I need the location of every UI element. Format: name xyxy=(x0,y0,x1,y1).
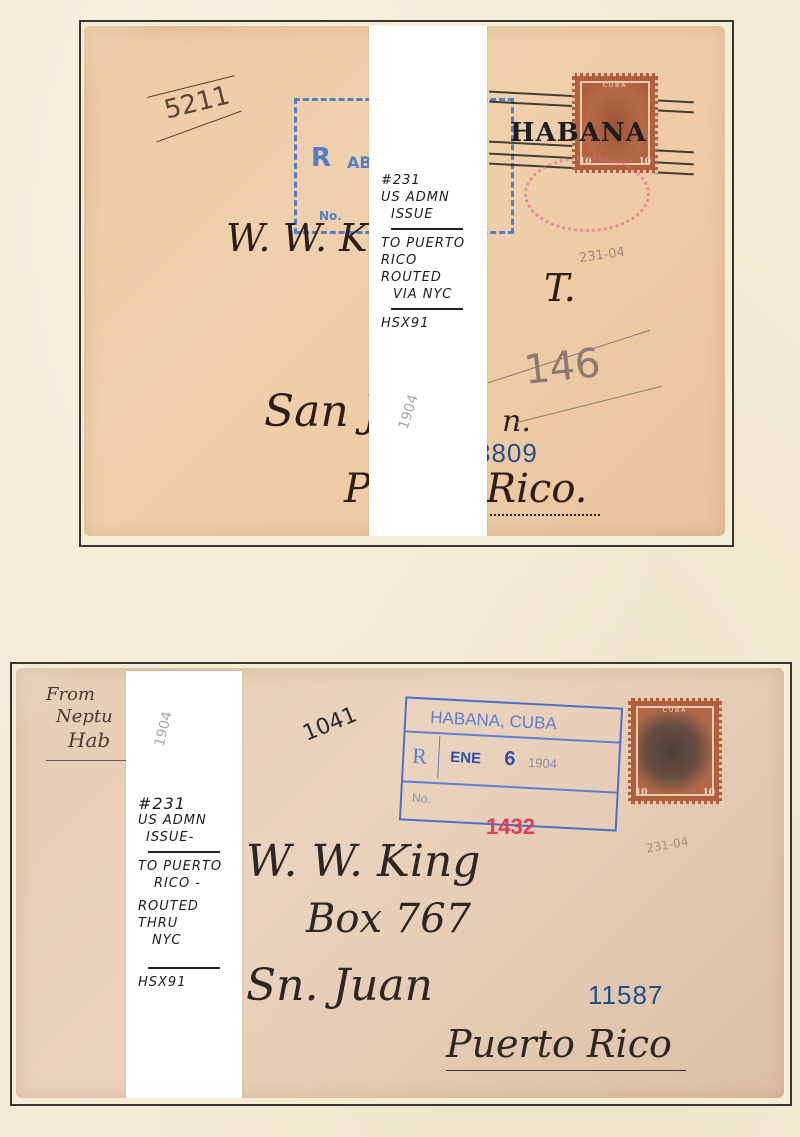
stamp-frame xyxy=(636,706,714,796)
sender-line: From xyxy=(46,684,95,705)
sender-underline xyxy=(46,760,130,761)
note-reference: HSX91 xyxy=(138,974,236,991)
pencil-year: 1904 xyxy=(396,393,422,432)
envelope-bottom[interactable]: From Neptu Hab 1041 HABANA, CUBA R ENE 6… xyxy=(16,668,784,1098)
address-line-box: T. xyxy=(544,266,576,310)
stamp-denomination-right: 10 xyxy=(702,788,715,798)
stamp-denomination-left: 10 xyxy=(635,788,648,798)
postage-stamp[interactable]: CUBA 10 10 xyxy=(628,698,722,804)
blue-control-number: 11587 xyxy=(588,980,663,1011)
stamp-rule xyxy=(403,780,617,793)
postmark-text: HABANA xyxy=(510,118,647,148)
catalog-note: #231 US ADMN ISSUE TO PUERTO RICO ROUTED… xyxy=(381,172,481,332)
envelope-top[interactable]: 5211 R AB No. CUBA 10 10 HABANA 231-04 W… xyxy=(84,26,725,536)
sender-line: Hab xyxy=(68,728,110,752)
note-line: ROUTED xyxy=(381,269,481,286)
stamp-denomination-right: 10 xyxy=(638,157,651,167)
pencil-catalog-mark: 231-04 xyxy=(645,834,689,855)
note-line: RICO - xyxy=(138,875,236,892)
note-line: US ADMN xyxy=(138,812,236,829)
registration-partial-text: AB xyxy=(347,153,372,172)
pencil-year: 1904 xyxy=(152,710,176,748)
registration-letter: R xyxy=(412,743,428,770)
registration-stamp: HABANA, CUBA R ENE 6 1904 No. xyxy=(399,696,623,831)
stamp-country: CUBA xyxy=(575,82,655,89)
note-line: ISSUE- xyxy=(138,829,236,846)
catalog-note-strip: #231 US ADMN ISSUE- TO PUERTO RICO - ROU… xyxy=(126,671,242,1098)
cover-mount-bottom: From Neptu Hab 1041 HABANA, CUBA R ENE 6… xyxy=(10,662,792,1106)
note-divider xyxy=(391,308,463,310)
address-line-name: W. W. K xyxy=(226,216,368,260)
registration-year: 1904 xyxy=(528,755,558,771)
address-line-box: Box 767 xyxy=(306,896,471,942)
note-divider xyxy=(148,967,220,969)
address-line-country-start: P xyxy=(344,466,371,512)
registration-number: 1432 xyxy=(486,814,535,840)
note-line: RICO xyxy=(381,252,481,269)
note-line: ROUTED xyxy=(138,898,236,915)
stamp-country: CUBA xyxy=(631,707,719,714)
note-line: ISSUE xyxy=(381,206,481,223)
catalog-note: #231 US ADMN ISSUE- TO PUERTO RICO - ROU… xyxy=(138,795,236,991)
address-underline xyxy=(446,1070,686,1071)
note-line: THRU xyxy=(138,915,236,932)
registration-city: HABANA, CUBA xyxy=(430,708,557,735)
registration-month: ENE xyxy=(450,749,482,768)
stamp-rule xyxy=(437,736,440,778)
stamp-rule xyxy=(406,730,620,743)
envelope-corner xyxy=(84,26,144,86)
catalog-note-strip: #231 US ADMN ISSUE TO PUERTO RICO ROUTED… xyxy=(369,26,487,536)
address-line-city: San J xyxy=(264,386,380,437)
address-line-country: Puerto Rico xyxy=(446,1022,672,1066)
pencil-catalog-mark: 231-04 xyxy=(578,245,626,266)
registration-number-label: No. xyxy=(412,791,431,806)
note-reference: HSX91 xyxy=(381,315,481,332)
address-line-country: Rico. xyxy=(486,466,587,512)
address-underline xyxy=(490,514,600,516)
cover-mount-top: 5211 R AB No. CUBA 10 10 HABANA 231-04 W… xyxy=(79,20,734,547)
registration-day: 6 xyxy=(504,748,516,772)
catalog-number: #231 xyxy=(381,172,481,189)
catalog-number: #231 xyxy=(138,795,236,812)
pencil-number: 1041 xyxy=(299,702,360,746)
note-line: NYC xyxy=(138,932,236,949)
pink-cancel-mark xyxy=(524,156,650,232)
note-line: US ADMN xyxy=(381,189,481,206)
address-line-name: W. W. King xyxy=(246,836,480,887)
inventory-number: 5211 xyxy=(161,80,232,125)
note-line: TO PUERTO xyxy=(138,858,236,875)
sender-line: Neptu xyxy=(56,706,113,727)
note-divider xyxy=(391,228,463,230)
address-line-city: Sn. Juan xyxy=(246,960,433,1011)
registration-letter: R xyxy=(311,143,331,173)
note-line: TO PUERTO xyxy=(381,235,481,252)
note-line: VIA NYC xyxy=(381,286,481,303)
note-divider xyxy=(148,851,220,853)
